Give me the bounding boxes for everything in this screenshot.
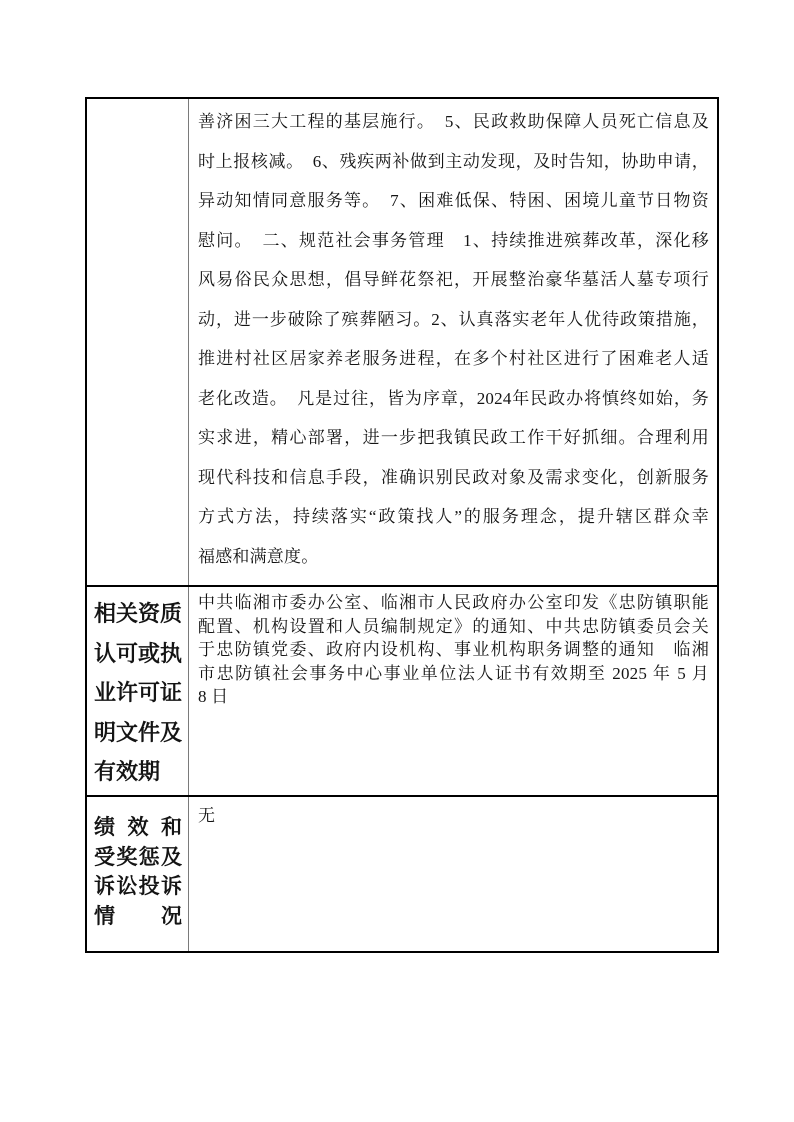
label-line: 情况 [94,902,182,932]
label-line: 相关资质 [94,594,183,634]
label-line: 认可或执 [94,634,183,674]
table-row-qualifications: 相关资质 认可或执 业许可证 明文件及 有效期 中共临湘市委办公室、临湘市人民政… [87,585,717,795]
table-row-performance: 绩效和 受奖惩及 诉讼投诉 情况 无 [87,795,717,951]
content-line: 市忠防镇社会事务中心事业单位法人证书有效期至 2025 年 5 月 [198,662,709,686]
label-line: 受奖惩及 [94,843,182,873]
content-line: 慰问。 二、规范社会事务管理 1、持续推进殡葬改革，深化移 [198,221,709,261]
row-label-cell-empty [87,99,189,585]
content-cell-work-summary: 善济困三大工程的基层施行。 5、民政救助保障人员死亡信息及 时上报核减。 6、残… [189,99,717,585]
row-label-qualifications: 相关资质 认可或执 业许可证 明文件及 有效期 [87,587,189,795]
content-line: 善济困三大工程的基层施行。 5、民政救助保障人员死亡信息及 [198,102,709,142]
row-label-performance: 绩效和 受奖惩及 诉讼投诉 情况 [87,797,189,951]
label-line: 明文件及 [94,713,183,753]
content-line: 风易俗民众思想，倡导鲜花祭祀，开展整治豪华墓活人墓专项行 [198,260,709,300]
content-line: 时上报核减。 6、残疾两补做到主动发现，及时告知，协助申请， [198,142,709,182]
content-line: 8 日 [198,685,709,709]
content-line: 推进村社区居家养老服务进程，在多个村社区进行了困难老人适 [198,339,709,379]
label-line: 诉讼投诉 [94,872,182,902]
content-line: 现代科技和信息手段，准确识别民政对象及需求变化，创新服务 [198,458,709,498]
table-row-continuation: 善济困三大工程的基层施行。 5、民政救助保障人员死亡信息及 时上报核减。 6、残… [87,99,717,585]
label-line: 有效期 [94,752,183,792]
content-cell-qualifications: 中共临湘市委办公室、临湘市人民政府办公室印发《忠防镇职能 配置、机构设置和人员编… [189,587,717,795]
content-line: 福感和满意度。 [198,537,709,577]
content-line: 中共临湘市委办公室、临湘市人民政府办公室印发《忠防镇职能 [198,591,709,615]
content-line: 老化改造。 凡是过往，皆为序章，2024年民政办将慎终如始，务 [198,379,709,419]
content-line: 实求进，精心部署，进一步把我镇民政工作干好抓细。合理利用 [198,418,709,458]
label-line: 业许可证 [94,673,183,713]
content-line: 配置、机构设置和人员编制规定》的通知、中共忠防镇委员会关 [198,615,709,639]
content-cell-performance: 无 [189,797,717,951]
report-table: 善济困三大工程的基层施行。 5、民政救助保障人员死亡信息及 时上报核减。 6、残… [85,97,719,953]
document-page: 善济困三大工程的基层施行。 5、民政救助保障人员死亡信息及 时上报核减。 6、残… [0,0,794,1122]
content-line: 异动知情同意服务等。 7、困难低保、特困、困境儿童节日物资 [198,181,709,221]
content-line: 方式方法，持续落实“政策找人”的服务理念，提升辖区群众幸 [198,497,709,537]
content-line: 无 [198,804,709,828]
label-line: 绩效和 [94,813,182,843]
content-line: 动，进一步破除了殡葬陋习。2、认真落实老年人优待政策措施， [198,300,709,340]
content-line: 于忠防镇党委、政府内设机构、事业机构职务调整的通知 临湘 [198,638,709,662]
